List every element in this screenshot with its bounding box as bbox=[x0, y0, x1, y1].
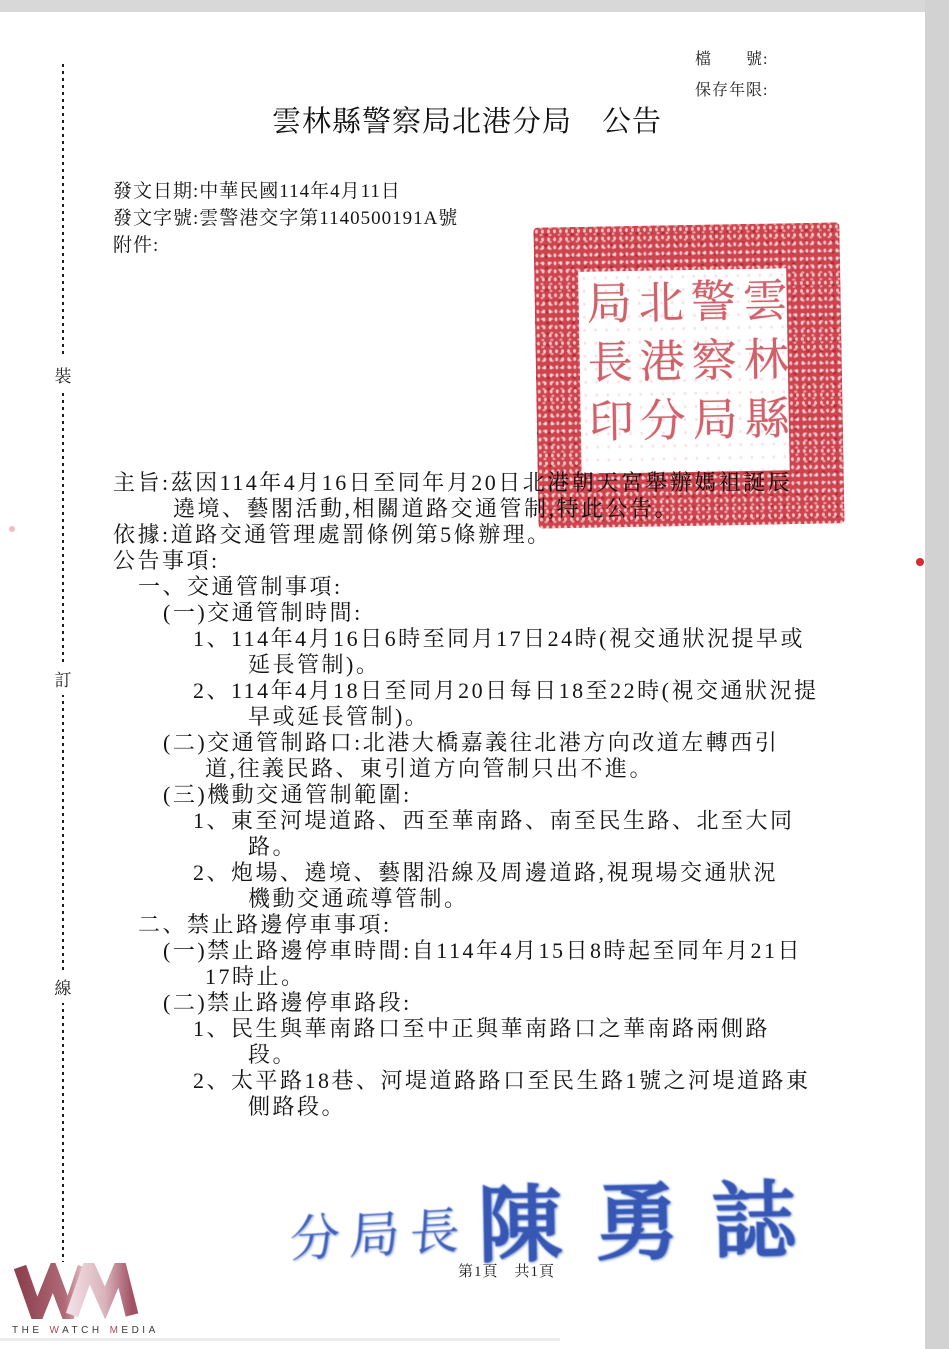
chief-signature-stamp: 分局長陳 勇 誌 bbox=[290, 1156, 802, 1277]
body-line: 側路段。 bbox=[113, 1094, 819, 1120]
body-line: 依據:道路交通管理處罰條例第5條辦理。 bbox=[113, 522, 819, 548]
chief-title-signature: 分局長 bbox=[288, 1190, 472, 1272]
issuance-block: 發文日期:中華民國114年4月11日 發文字號:雲警港交字第1140500191… bbox=[113, 178, 458, 259]
binding-char-xian: 線 bbox=[53, 970, 73, 1003]
body-line: 段。 bbox=[113, 1042, 819, 1068]
body-line: 路。 bbox=[113, 834, 819, 860]
chief-name-signature: 陳 勇 誌 bbox=[477, 1153, 803, 1280]
body-line: 2、114年4月18日至同月20日每日18至22時(視交通狀況提 bbox=[113, 678, 819, 704]
body-line: (三)機動交通管制範圍: bbox=[113, 782, 819, 808]
scan-edge-top bbox=[0, 0, 949, 12]
logo-caption: THEWATCHMEDIA bbox=[12, 1325, 172, 1336]
seal-text: 雲林縣警察局北港分局長印 bbox=[578, 268, 789, 474]
body-line: 一、交通管制事項: bbox=[113, 574, 819, 600]
red-ink-dot bbox=[916, 558, 924, 566]
caption-atch: ATCH bbox=[62, 1325, 102, 1336]
body-line: (一)禁止路邊停車時間:自114年4月15日8時起至同年月21日 bbox=[113, 938, 819, 964]
body-line: 公告事項: bbox=[113, 548, 819, 574]
caption-the: THE bbox=[12, 1325, 43, 1336]
wm-monogram-icon bbox=[12, 1263, 140, 1319]
body-line: 二、禁止路邊停車事項: bbox=[113, 912, 819, 938]
scan-edge-right bbox=[925, 0, 949, 1349]
file-number-label: 檔 號: bbox=[695, 44, 768, 75]
body-line: 道,往義民路、東引道方向管制只出不進。 bbox=[113, 756, 819, 782]
body-line: 2、炮場、遶境、藝閣沿線及周邊道路,視現場交通狀況 bbox=[113, 860, 819, 886]
body-line: 1、民生與華南路口至中正與華南路口之華南路兩側路 bbox=[113, 1016, 819, 1042]
binding-char-zhuang: 裝 bbox=[53, 358, 73, 391]
body-line: 1、114年4月16日6時至同月17日24時(視交通狀況提早或 bbox=[113, 626, 819, 652]
retention-period-label: 保存年限: bbox=[695, 75, 768, 106]
announcement-body: 主旨:茲因114年4月16日至同年月20日北港朝天宮舉辦媽祖誕辰 遶境、藝閣活動… bbox=[113, 470, 819, 1120]
document-title: 雲林縣警察局北港分局 公告 bbox=[272, 99, 662, 140]
caption-w: W bbox=[50, 1325, 63, 1336]
attachment-line: 附件: bbox=[113, 232, 458, 259]
body-line: (二)交通管制路口:北港大橋嘉義往北港方向改道左轉西引 bbox=[113, 730, 819, 756]
body-line: (二)禁止路邊停車路段: bbox=[113, 990, 819, 1016]
binding-char-ding: 訂 bbox=[53, 662, 73, 695]
body-line: (一)交通管制時間: bbox=[113, 600, 819, 626]
document-number-line: 發文字號:雲警港交字第1140500191A號 bbox=[113, 205, 458, 232]
watch-media-watermark: THEWATCHMEDIA bbox=[12, 1263, 172, 1336]
body-line: 早或延長管制)。 bbox=[113, 704, 819, 730]
pink-ink-dot bbox=[9, 526, 15, 532]
header-meta: 檔 號: 保存年限: bbox=[695, 44, 768, 106]
issue-date-line: 發文日期:中華民國114年4月11日 bbox=[113, 178, 458, 205]
caption-edia: EDIA bbox=[121, 1325, 158, 1336]
caption-m: M bbox=[110, 1325, 122, 1336]
body-line: 延長管制)。 bbox=[113, 652, 819, 678]
body-line: 機動交通疏導管制。 bbox=[113, 886, 819, 912]
body-line: 1、東至河堤道路、西至華南路、南至民生路、北至大同 bbox=[113, 808, 819, 834]
body-line: 17時止。 bbox=[113, 964, 819, 990]
scan-edge-bottom bbox=[0, 1338, 560, 1341]
body-line: 2、太平路18巷、河堤道路路口至民生路1號之河堤道路東 bbox=[113, 1068, 819, 1094]
official-red-seal: 雲林縣警察局北港分局長印 bbox=[533, 222, 844, 528]
